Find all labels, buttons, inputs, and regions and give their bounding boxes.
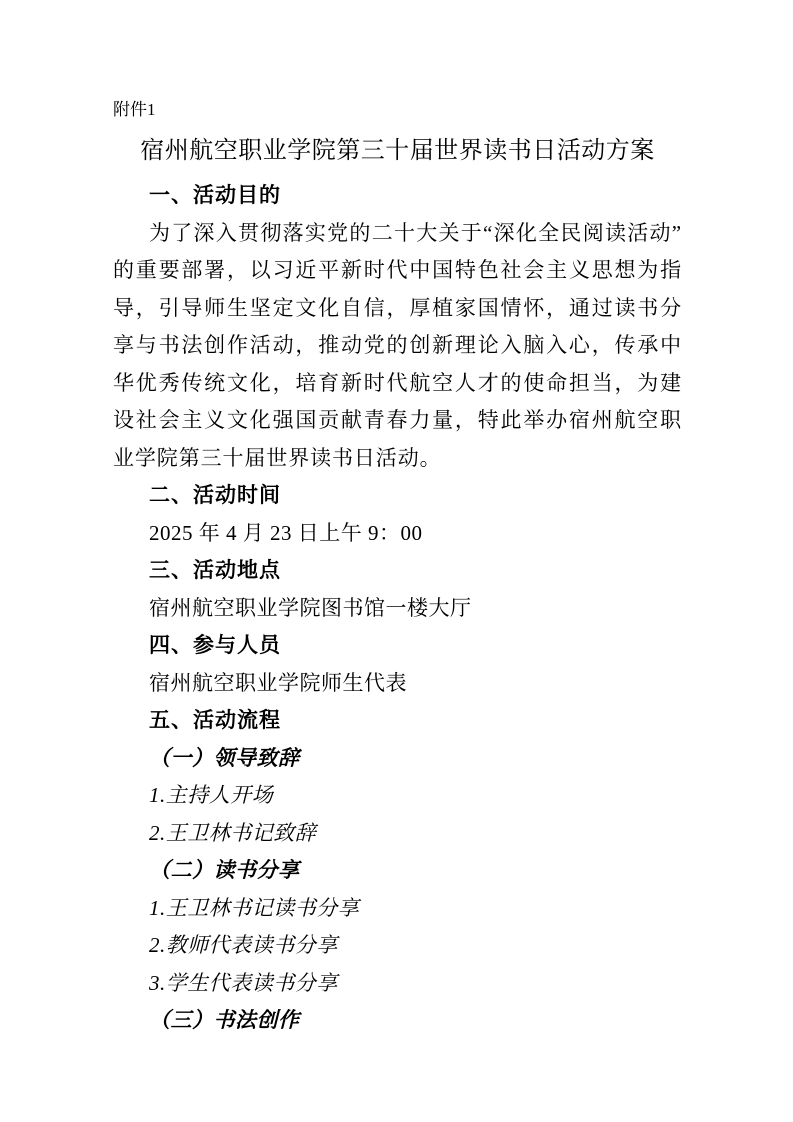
section-purpose-paragraph: 为了深入贯彻落实党的二十大关于“深化全民阅读活动”的重要部署，以习近平新时代中国…	[113, 215, 682, 478]
agenda-part-2-heading: （二）读书分享	[113, 852, 682, 890]
agenda-part-2-item-2: 2.教师代表读书分享	[113, 927, 682, 965]
section-time-value: 2025 年 4 月 23 日上午 9：00	[113, 515, 682, 553]
section-location-value: 宿州航空职业学院图书馆一楼大厅	[113, 590, 682, 628]
document-title: 宿州航空职业学院第三十届世界读书日活动方案	[113, 135, 682, 167]
agenda-part-3-heading: （三）书法创作	[113, 1002, 682, 1040]
section-participants-heading: 四、参与人员	[113, 627, 682, 665]
agenda-part-1-heading: （一）领导致辞	[113, 740, 682, 778]
section-location-heading: 三、活动地点	[113, 552, 682, 590]
agenda-part-2-item-3: 3.学生代表读书分享	[113, 965, 682, 1003]
attachment-label: 附件1	[113, 99, 682, 121]
agenda-part-1-item-1: 1.主持人开场	[113, 777, 682, 815]
section-agenda-heading: 五、活动流程	[113, 702, 682, 740]
agenda-part-1-item-2: 2.王卫林书记致辞	[113, 815, 682, 853]
section-purpose-heading: 一、活动目的	[113, 177, 682, 215]
section-time-heading: 二、活动时间	[113, 477, 682, 515]
document-page: 附件1 宿州航空职业学院第三十届世界读书日活动方案 一、活动目的 为了深入贯彻落…	[0, 0, 793, 1122]
agenda-part-2-item-1: 1.王卫林书记读书分享	[113, 890, 682, 928]
section-participants-value: 宿州航空职业学院师生代表	[113, 665, 682, 703]
